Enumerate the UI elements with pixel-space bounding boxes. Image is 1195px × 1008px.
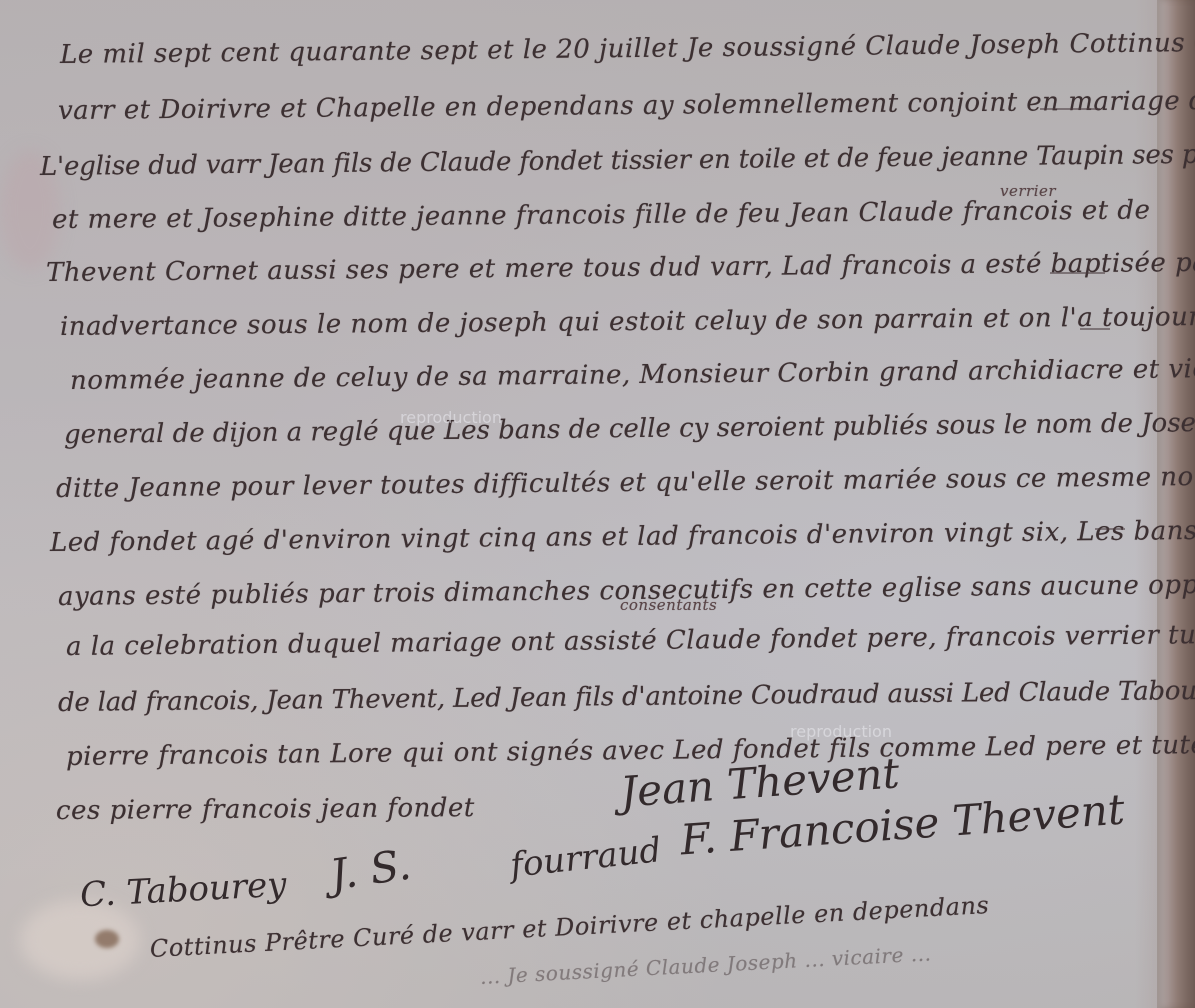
signature-initials: J. S. (327, 840, 414, 900)
record-line-3: L'eglise dud varr Jean fils de Claude fo… (40, 139, 1195, 182)
record-line-8: general de dijon a reglé que Les bans de… (64, 407, 1195, 450)
record-line-2: varr et Doirivre et Chapelle en dependan… (58, 86, 1195, 126)
record-line-1: Le mil sept cent quarante sept et le 20 … (60, 27, 1195, 70)
line-filler-stroke (1040, 108, 1100, 110)
record-line-7: nommée jeanne de celuy de sa marraine, M… (70, 354, 1195, 396)
record-line-5: Thevent Cornet aussi ses pere et mere to… (46, 248, 1195, 288)
record-line-4: et mere et Josephine ditte jeanne franco… (52, 195, 1151, 235)
signature-tabourey: C. Tabourey (79, 865, 287, 916)
watermark: reproduction (790, 722, 892, 741)
record-line-9: ditte Jeanne pour lever toutes difficult… (56, 462, 1195, 504)
line-filler-stroke (1080, 328, 1110, 330)
interlinear-note: consentants (620, 596, 717, 614)
line-filler-stroke (1050, 272, 1105, 274)
signature-fourraud: fourraud (508, 830, 663, 886)
record-line-12: a la celebration duquel mariage ont assi… (66, 620, 1195, 662)
line-filler-stroke (1095, 528, 1125, 530)
faded-bleedthrough-text: ... Je soussigné Claude Joseph ... vicai… (479, 941, 931, 989)
record-line-10: Led fondet agé d'environ vingt cinq ans … (50, 516, 1195, 558)
record-line-13: de lad francois, Jean Thevent, Led Jean … (58, 676, 1195, 718)
record-line-6: inadvertance sous le nom de joseph qui e… (60, 302, 1195, 342)
marriage-record: Le mil sept cent quarante sept et le 20 … (0, 0, 1160, 1008)
record-line-15: ces pierre francois jean fondet (56, 793, 475, 826)
manuscript-page: Le mil sept cent quarante sept et le 20 … (0, 0, 1195, 1008)
record-line-14: pierre francois tan Lore qui ont signés … (66, 730, 1195, 772)
watermark: reproduction (400, 408, 502, 427)
